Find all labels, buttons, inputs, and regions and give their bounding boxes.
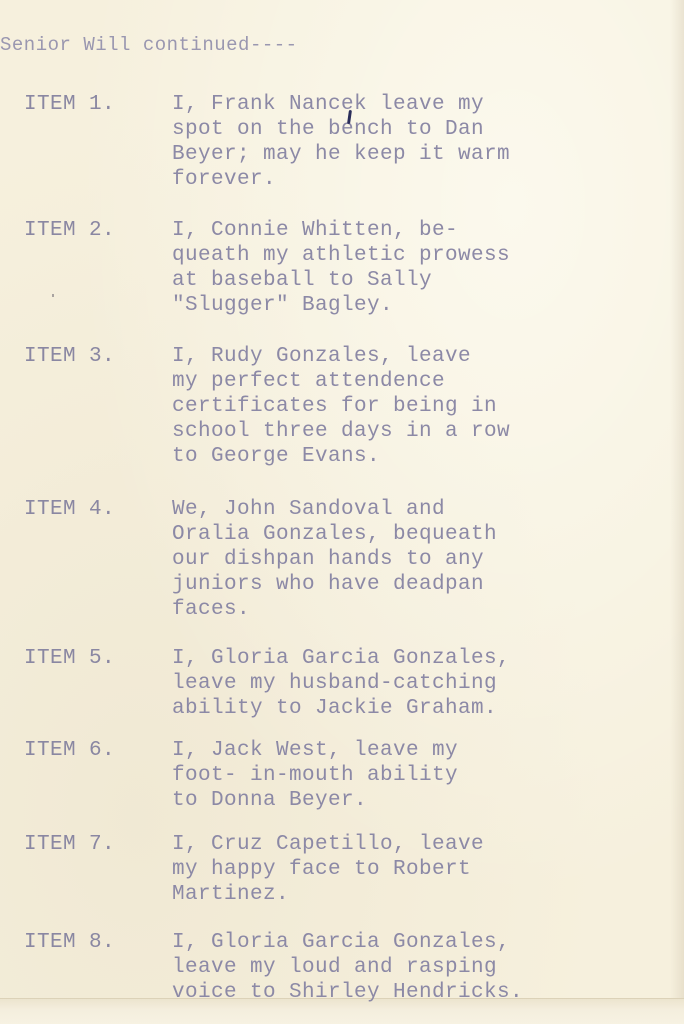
item-text-line: "Slugger" Bagley. [172, 293, 632, 318]
item-text-line: Beyer; may he keep it warm [172, 142, 632, 167]
item-text-line: my happy face to Robert [172, 857, 632, 882]
item-text-line: ability to Jackie Graham. [172, 696, 632, 721]
item-text-line: at baseball to Sally [172, 268, 632, 293]
item-label: ITEM 1. [24, 92, 172, 192]
item-text-line: I, Frank Nancek leave my [172, 92, 632, 117]
will-item: ITEM 3.I, Rudy Gonzales, leavemy perfect… [24, 344, 632, 469]
item-text-line: foot- in-mouth ability [172, 763, 632, 788]
item-text-line: juniors who have deadpan [172, 572, 632, 597]
item-text: We, John Sandoval andOralia Gonzales, be… [172, 497, 632, 622]
item-text-line: faces. [172, 597, 632, 622]
will-item: ITEM 5.I, Gloria Garcia Gonzales,leave m… [24, 646, 632, 721]
item-text-line: queath my athletic prowess [172, 243, 632, 268]
item-label: ITEM 4. [24, 497, 172, 622]
will-item: ITEM 6.I, Jack West, leave myfoot- in-mo… [24, 738, 632, 813]
item-text: I, Cruz Capetillo, leavemy happy face to… [172, 832, 632, 907]
item-text-line: Martinez. [172, 882, 632, 907]
item-text: I, Gloria Garcia Gonzales,leave my husba… [172, 646, 632, 721]
will-item: ITEM 2.I, Connie Whitten, be-queath my a… [24, 218, 632, 318]
item-text-line: forever. [172, 167, 632, 192]
page-edge-shadow [670, 0, 684, 1024]
item-text-line: leave my loud and rasping [172, 955, 632, 980]
item-text-line: I, Jack West, leave my [172, 738, 632, 763]
item-text-line: I, Gloria Garcia Gonzales, [172, 646, 632, 671]
item-text-line: voice to Shirley Hendricks. [172, 980, 632, 1005]
will-item: ITEM 1.I, Frank Nancek leave myspot on t… [24, 92, 632, 192]
item-label: ITEM 3. [24, 344, 172, 469]
item-text: I, Connie Whitten, be-queath my athletic… [172, 218, 632, 318]
item-text-line: our dishpan hands to any [172, 547, 632, 572]
item-text-line: I, Cruz Capetillo, leave [172, 832, 632, 857]
document-heading: Senior Will continued---- [0, 34, 298, 56]
item-text-line: We, John Sandoval and [172, 497, 632, 522]
item-text-line: I, Gloria Garcia Gonzales, [172, 930, 632, 955]
item-text-line: spot on the bench to Dan [172, 117, 632, 142]
item-text-line: to Donna Beyer. [172, 788, 632, 813]
item-text: I, Frank Nancek leave myspot on the benc… [172, 92, 632, 192]
will-item: ITEM 8.I, Gloria Garcia Gonzales,leave m… [24, 930, 632, 1005]
item-label: ITEM 6. [24, 738, 172, 813]
item-text-line: school three days in a row [172, 419, 632, 444]
item-label: ITEM 7. [24, 832, 172, 907]
item-text-line: leave my husband-catching [172, 671, 632, 696]
item-text: I, Rudy Gonzales, leavemy perfect attend… [172, 344, 632, 469]
item-text: I, Jack West, leave myfoot- in-mouth abi… [172, 738, 632, 813]
will-item: ITEM 7.I, Cruz Capetillo, leavemy happy … [24, 832, 632, 907]
item-label: ITEM 5. [24, 646, 172, 721]
item-text-line: my perfect attendence [172, 369, 632, 394]
item-text-line: Oralia Gonzales, bequeath [172, 522, 632, 547]
will-item: ITEM 4.We, John Sandoval andOralia Gonza… [24, 497, 632, 622]
item-label: ITEM 8. [24, 930, 172, 1005]
item-text: I, Gloria Garcia Gonzales,leave my loud … [172, 930, 632, 1005]
item-text-line: I, Rudy Gonzales, leave [172, 344, 632, 369]
item-text-line: I, Connie Whitten, be- [172, 218, 632, 243]
item-text-line: certificates for being in [172, 394, 632, 419]
item-text-line: to George Evans. [172, 444, 632, 469]
item-label: ITEM 2. [24, 218, 172, 318]
